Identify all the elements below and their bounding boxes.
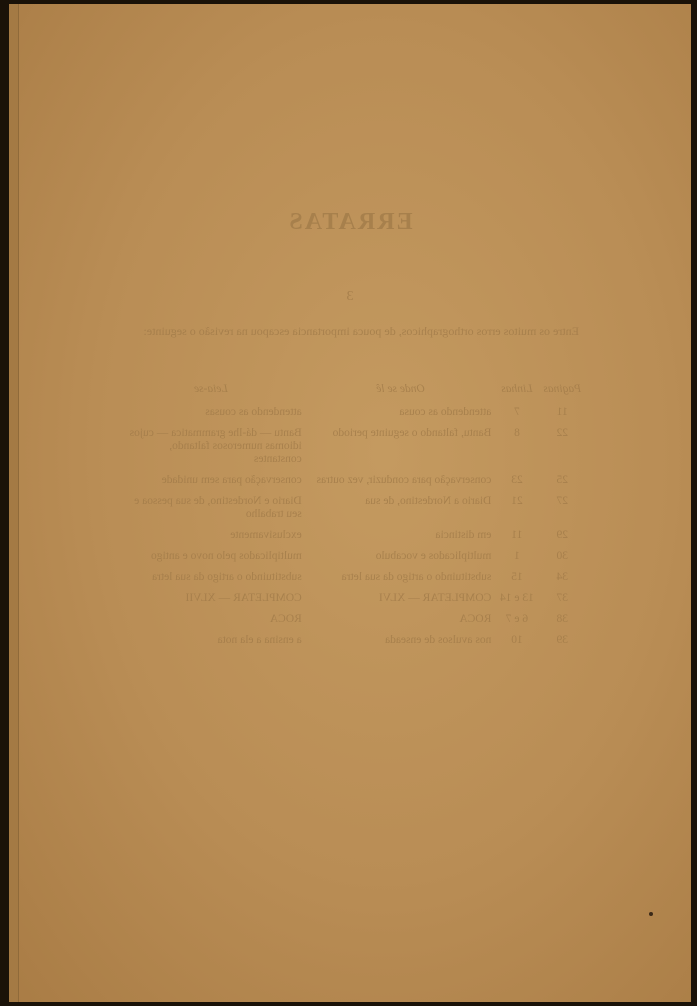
cell-wrong: COMPLETAR — XLVI [306, 590, 496, 611]
table-row: 117attendendo as cousaattendendo as cous… [116, 404, 586, 425]
cell-wrong: em distincia [306, 527, 496, 548]
cell-page: 22 [539, 425, 586, 472]
cell-line: 21 [495, 493, 538, 527]
cell-wrong: Diario a Nordestino, de sua [306, 493, 496, 527]
column-header: Paginas [539, 382, 586, 404]
cell-page: 39 [539, 632, 586, 653]
cell-right: ROCA [116, 611, 306, 632]
cell-page: 11 [539, 404, 586, 425]
cell-line: 7 [495, 404, 538, 425]
cell-wrong: conservação para conduzir, vez outras [306, 472, 496, 493]
cell-wrong: nos avulsos de enseada [306, 632, 496, 653]
section-number: 3 [9, 289, 691, 305]
cell-line: 1 [495, 548, 538, 569]
table-row: 2721Diario a Nordestino, de suaDiario e … [116, 493, 586, 527]
cell-line: 6 e 7 [495, 611, 538, 632]
cell-wrong: substituindo o artigo da sua letra [306, 569, 496, 590]
cell-right: a ensina a ela nota [116, 632, 306, 653]
table-row: 3415substituindo o artigo da sua letrasu… [116, 569, 586, 590]
cell-right: attendendo as cousas [116, 404, 306, 425]
table-row: 3910nos avulsos de enseadaa ensina a ela… [116, 632, 586, 653]
cell-right: conservação para sem unidade [116, 472, 306, 493]
cell-wrong: multiplicados e vocabulo [306, 548, 496, 569]
cell-line: 13 e 14 [495, 590, 538, 611]
cell-right: Diario e Nordestino, de sua pessoa e seu… [116, 493, 306, 527]
cell-line: 23 [495, 472, 538, 493]
page-title: ERRATAS [9, 209, 691, 236]
cell-wrong: Bantu, faltando o seguinte periodo [306, 425, 496, 472]
cell-page: 34 [539, 569, 586, 590]
column-header: Onde se lê [306, 382, 496, 404]
table-row: 2911em distinciaexclusivamente [116, 527, 586, 548]
table-row: 228Bantu, faltando o seguinte periodoBan… [116, 425, 586, 472]
cell-page: 27 [539, 493, 586, 527]
cell-right: multiplicados pelo novo e antigo [116, 548, 306, 569]
cell-wrong: attendendo as cousa [306, 404, 496, 425]
column-header: Leia-se [116, 382, 306, 404]
cell-right: Bantu — dá-lhe grammatica — cujos idioma… [116, 425, 306, 472]
cell-right: substituindo o artigo da sua letra [116, 569, 306, 590]
ink-speck [649, 912, 653, 916]
cell-line: 15 [495, 569, 538, 590]
table-row: 2523conservação para conduzir, vez outra… [116, 472, 586, 493]
table-row: 301multiplicados e vocabulomultiplicados… [116, 548, 586, 569]
cell-page: 37 [539, 590, 586, 611]
table-row: 386 e 7ROCAROCA [116, 611, 586, 632]
errata-table: PaginasLinhasOnde se lêLeia-se 117attend… [116, 382, 586, 653]
cell-right: exclusivamente [116, 527, 306, 548]
cell-page: 25 [539, 472, 586, 493]
cell-page: 38 [539, 611, 586, 632]
cell-line: 8 [495, 425, 538, 472]
show-through-text: ERRATAS 3 Entre os muitos erros orthogra… [9, 4, 691, 1002]
cell-right: COMPLETAR — XLVII [116, 590, 306, 611]
cell-page: 29 [539, 527, 586, 548]
column-header: Linhas [495, 382, 538, 404]
cell-page: 30 [539, 548, 586, 569]
intro-paragraph: Entre os muitos erros orthographicos, de… [123, 324, 579, 339]
scanned-page: ERRATAS 3 Entre os muitos erros orthogra… [9, 4, 691, 1002]
table-row: 3713 e 14COMPLETAR — XLVICOMPLETAR — XLV… [116, 590, 586, 611]
cell-wrong: ROCA [306, 611, 496, 632]
cell-line: 11 [495, 527, 538, 548]
cell-line: 10 [495, 632, 538, 653]
